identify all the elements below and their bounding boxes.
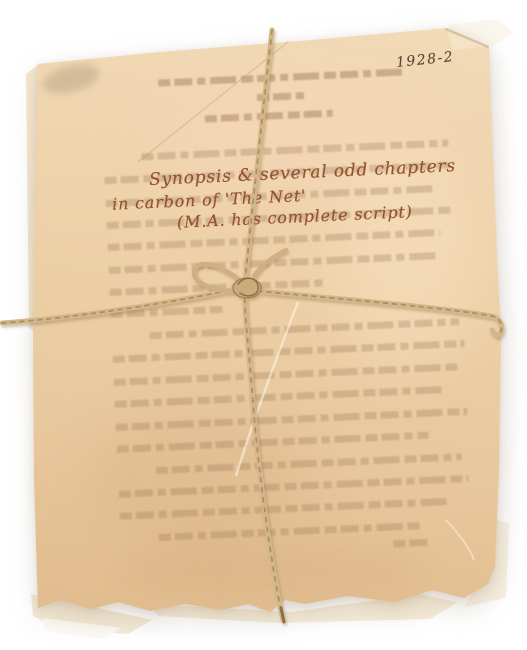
paper-stack: Synopsis & several odd chapters in carbo… xyxy=(0,0,527,650)
top-page: Synopsis & several odd chapters in carbo… xyxy=(0,0,527,650)
photo-manuscript-bundle: Synopsis & several odd chapters in carbo… xyxy=(0,0,527,650)
handwritten-note-line-1: Synopsis & several odd chapters xyxy=(149,156,457,190)
handwritten-note: Synopsis & several odd chapters in carbo… xyxy=(0,0,527,650)
